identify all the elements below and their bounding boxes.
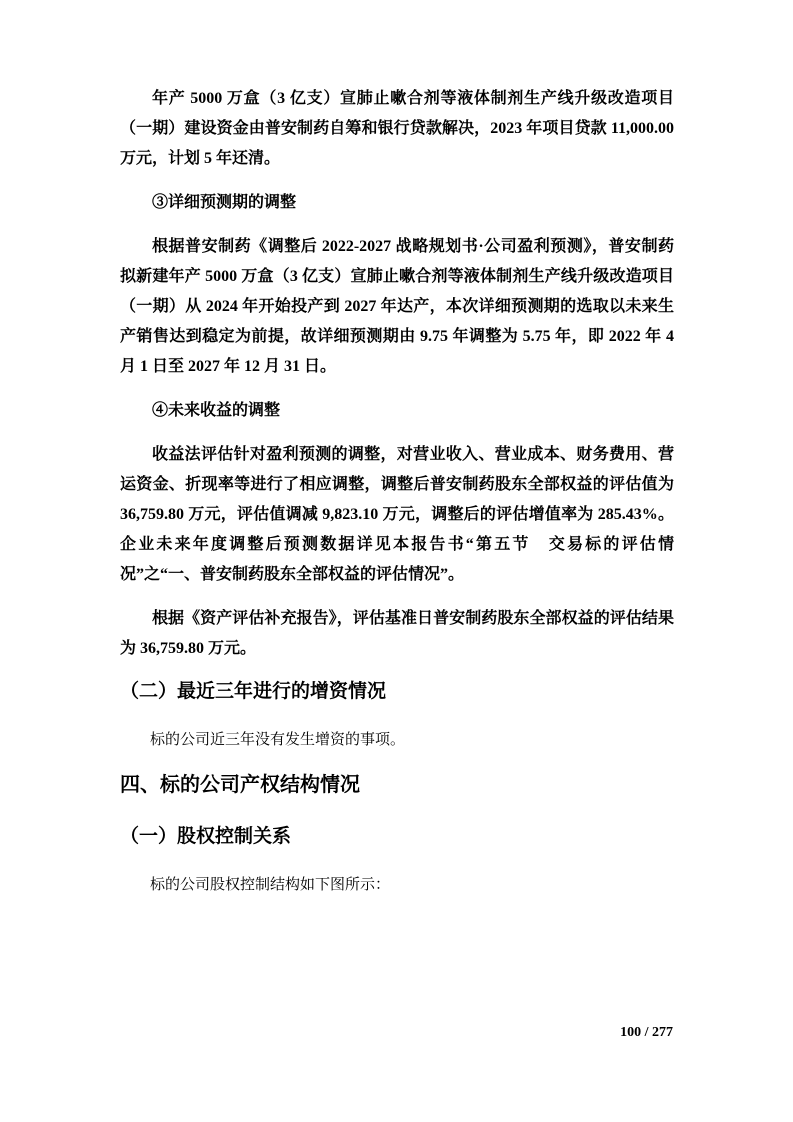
page-number: 100 / 277 [620,1024,673,1042]
paragraph-equity-control-diagram-intro: 标的公司股权控制结构如下图所示： [120,873,674,898]
subitem-heading-forecast-period-adjustment: ③详细预测期的调整 [120,188,674,218]
document-page: 年产 5000 万盒（3 亿支）宣肺止嗽合剂等液体制剂生产线升级改造项目（一期）… [0,0,793,1122]
paragraph-project-funding: 年产 5000 万盒（3 亿支）宣肺止嗽合剂等液体制剂生产线升级改造项目（一期）… [120,84,674,174]
heading-capital-increase-last-three-years: （二）最近三年进行的增资情况 [120,678,674,706]
heading-equity-control-relationship: （一）股权控制关系 [120,823,674,851]
paragraph-no-capital-increase: 标的公司近三年没有发生增资的事项。 [120,728,674,753]
paragraph-forecast-period-detail: 根据普安制药《调整后 2022-2027 战略规划书·公司盈利预测》，普安制药拟… [120,232,674,382]
subitem-heading-future-income-adjustment: ④未来收益的调整 [120,396,674,426]
heading-target-company-ownership-structure: 四、标的公司产权结构情况 [120,771,674,799]
paragraph-income-method-adjustment: 收益法评估针对盈利预测的调整，对营业收入、营业成本、财务费用、营运资金、折现率等… [120,440,674,590]
paragraph-supplementary-valuation-report: 根据《资产评估补充报告》，评估基准日普安制药股东全部权益的评估结果为 36,75… [120,604,674,664]
page-content: 年产 5000 万盒（3 亿支）宣肺止嗽合剂等液体制剂生产线升级改造项目（一期）… [120,84,674,898]
